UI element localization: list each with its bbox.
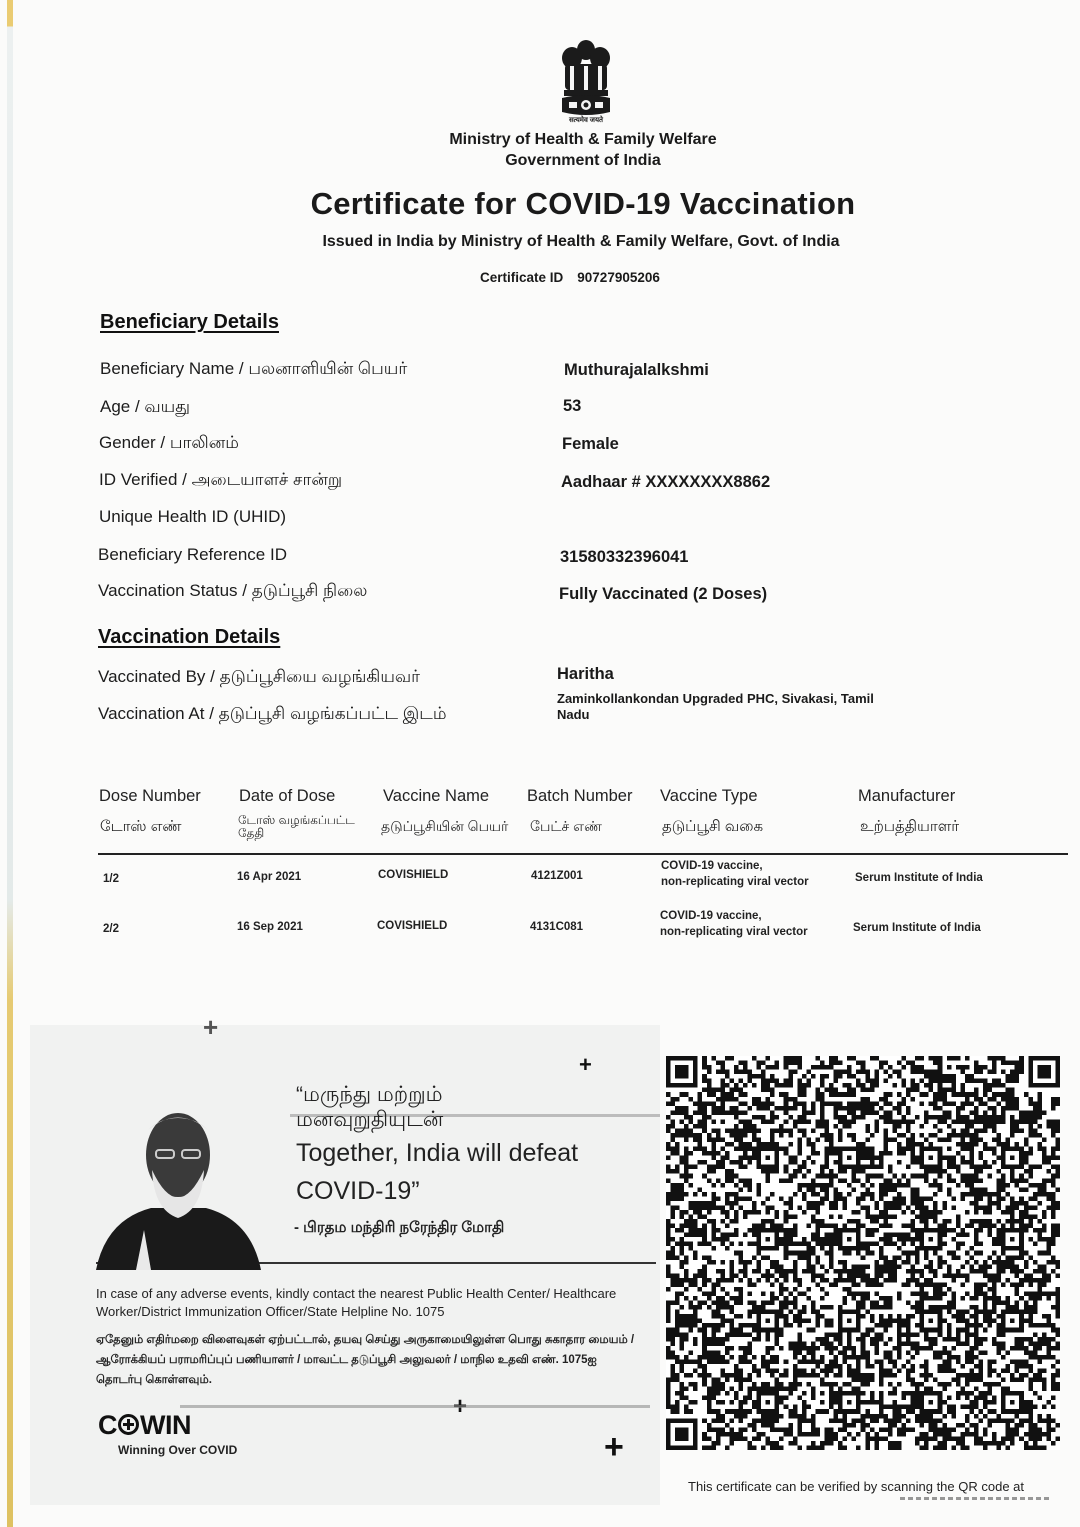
vaccination-status-label: Vaccination Status / தடுப்பூசி நிலை	[98, 581, 367, 603]
certificate-id-label: Certificate ID	[480, 270, 563, 285]
vaccinated-at-label: Vaccination At / தடுப்பூசி வழங்கப்பட்ட இ…	[98, 704, 447, 726]
id-verified-label: ID Verified / அடையாளச் சான்று	[99, 470, 342, 492]
batch-number-cell: 4131C081	[530, 919, 583, 935]
scan-edge-strip	[7, 0, 13, 1527]
cowin-tagline: Winning Over COVID	[118, 1443, 237, 1457]
vaccinated-at-value: Zaminkollankondan Upgraded PHC, Sivakasi…	[557, 691, 897, 723]
dose-number-cell: 1/2	[103, 871, 119, 887]
col-header-vaccine-name-ta: தடுப்பூசியின் பெயர்	[381, 820, 508, 833]
col-header-vaccine-name: Vaccine Name	[383, 787, 489, 806]
col-header-batch-number-ta: பேட்ச் எண்	[530, 820, 602, 833]
portrait-photo	[96, 1100, 261, 1270]
beneficiary-details-heading: Beneficiary Details	[100, 311, 279, 334]
vaccine-type-line2: non-replicating viral vector	[660, 924, 808, 940]
decorative-rule	[180, 1405, 650, 1408]
gender-value: Female	[562, 435, 619, 454]
emblem-motto: सत्यमेव जयते	[556, 116, 616, 125]
uhid-label: Unique Health ID (UHID)	[99, 507, 286, 527]
age-value: 53	[563, 397, 581, 416]
verification-note: This certificate can be verified by scan…	[688, 1479, 1024, 1494]
quote-attribution: - பிரதம மந்திரி நரேந்திர மோதி	[294, 1219, 504, 1238]
dose-date-cell: 16 Apr 2021	[237, 869, 301, 885]
certificate-id-value: 90727905206	[577, 270, 660, 285]
col-header-batch-number: Batch Number	[527, 787, 632, 806]
verification-url-faded	[900, 1497, 1050, 1500]
vaccine-type-cell: COVID-19 vaccine, non-replicating viral …	[660, 908, 808, 940]
beneficiary-name-value: Muthurajalalkshmi	[564, 361, 709, 380]
cowin-logo: CWIN	[98, 1410, 191, 1441]
col-header-manufacturer-ta: உற்பத்தியாளர்	[860, 820, 959, 833]
crosshair-mark-icon: +	[579, 1054, 592, 1076]
beneficiary-reference-id-label: Beneficiary Reference ID	[98, 545, 287, 565]
certificate-id: Certificate ID90727905206	[480, 270, 660, 285]
vaccinated-by-value: Haritha	[557, 665, 614, 684]
dose-number-cell: 2/2	[103, 921, 119, 937]
vaccine-type-line1: COVID-19 vaccine,	[660, 908, 808, 924]
manufacturer-cell: Serum Institute of India	[853, 920, 981, 936]
table-divider	[98, 853, 1068, 855]
id-verified-value: Aadhaar # XXXXXXXX8862	[561, 473, 770, 492]
cowin-logo-c: C	[98, 1410, 117, 1440]
vaccine-type-line2: non-replicating viral vector	[661, 874, 809, 890]
age-label: Age / வயது	[100, 397, 190, 419]
quote-english: Together, India will defeat COVID-19”	[296, 1134, 578, 1210]
adverse-events-notice-ta: ஏதேனும் எதிர்மறை விளைவுகள் ஏற்பட்டால், த…	[96, 1330, 636, 1390]
vaccination-status-value: Fully Vaccinated (2 Doses)	[559, 585, 767, 604]
cowin-cross-icon	[118, 1414, 139, 1435]
cowin-logo-rest: WIN	[140, 1410, 191, 1440]
state-emblem-icon	[556, 36, 616, 118]
beneficiary-reference-id-value: 31580332396041	[560, 548, 688, 567]
qr-code-icon	[666, 1056, 1060, 1450]
government-name: Government of India	[0, 152, 1080, 170]
vaccine-name-cell: COVISHIELD	[378, 867, 448, 883]
beneficiary-name-label: Beneficiary Name / பலனாளியின் பெயர்	[100, 359, 407, 381]
page-subtitle: Issued in India by Ministry of Health & …	[0, 233, 1080, 251]
quote-english-line1: Together, India will defeat	[296, 1134, 578, 1172]
gender-label: Gender / பாலினம்	[99, 433, 239, 455]
batch-number-cell: 4121Z001	[531, 868, 583, 884]
col-header-dose-number-ta: டோஸ் எண்	[100, 820, 182, 833]
vaccine-name-cell: COVISHIELD	[377, 918, 447, 934]
quote-tamil: “மருந்து மற்றும் மனவுறுதியுடன்	[296, 1082, 443, 1132]
vaccination-details-heading: Vaccination Details	[98, 626, 280, 649]
col-header-dose-number: Dose Number	[99, 787, 201, 806]
col-header-vaccine-type-ta: தடுப்பூசி வகை	[662, 820, 763, 833]
vaccinated-by-label: Vaccinated By / தடுப்பூசியை வழங்கியவர்	[98, 667, 420, 689]
page-title: Certificate for COVID-19 Vaccination	[0, 186, 1080, 222]
col-header-date-of-dose-ta: டோஸ் வழங்கப்பட்ட தேதி	[238, 814, 368, 840]
crosshair-mark-icon: +	[604, 1430, 624, 1464]
col-header-vaccine-type: Vaccine Type	[660, 787, 758, 806]
vaccine-type-cell: COVID-19 vaccine, non-replicating viral …	[661, 858, 809, 890]
ministry-name: Ministry of Health & Family Welfare	[0, 131, 1080, 149]
quote-tamil-line2: மனவுறுதியுடன்	[296, 1107, 443, 1132]
crosshair-mark-icon: +	[203, 1014, 218, 1040]
dose-date-cell: 16 Sep 2021	[237, 919, 303, 935]
adverse-events-notice-en: In case of any adverse events, kindly co…	[96, 1285, 656, 1321]
quote-tamil-line1: “மருந்து மற்றும்	[296, 1082, 443, 1107]
manufacturer-cell: Serum Institute of India	[855, 870, 983, 886]
vaccine-type-line1: COVID-19 vaccine,	[661, 858, 809, 874]
quote-english-line2: COVID-19”	[296, 1172, 578, 1210]
col-header-date-of-dose: Date of Dose	[239, 787, 335, 806]
col-header-manufacturer: Manufacturer	[858, 787, 955, 806]
